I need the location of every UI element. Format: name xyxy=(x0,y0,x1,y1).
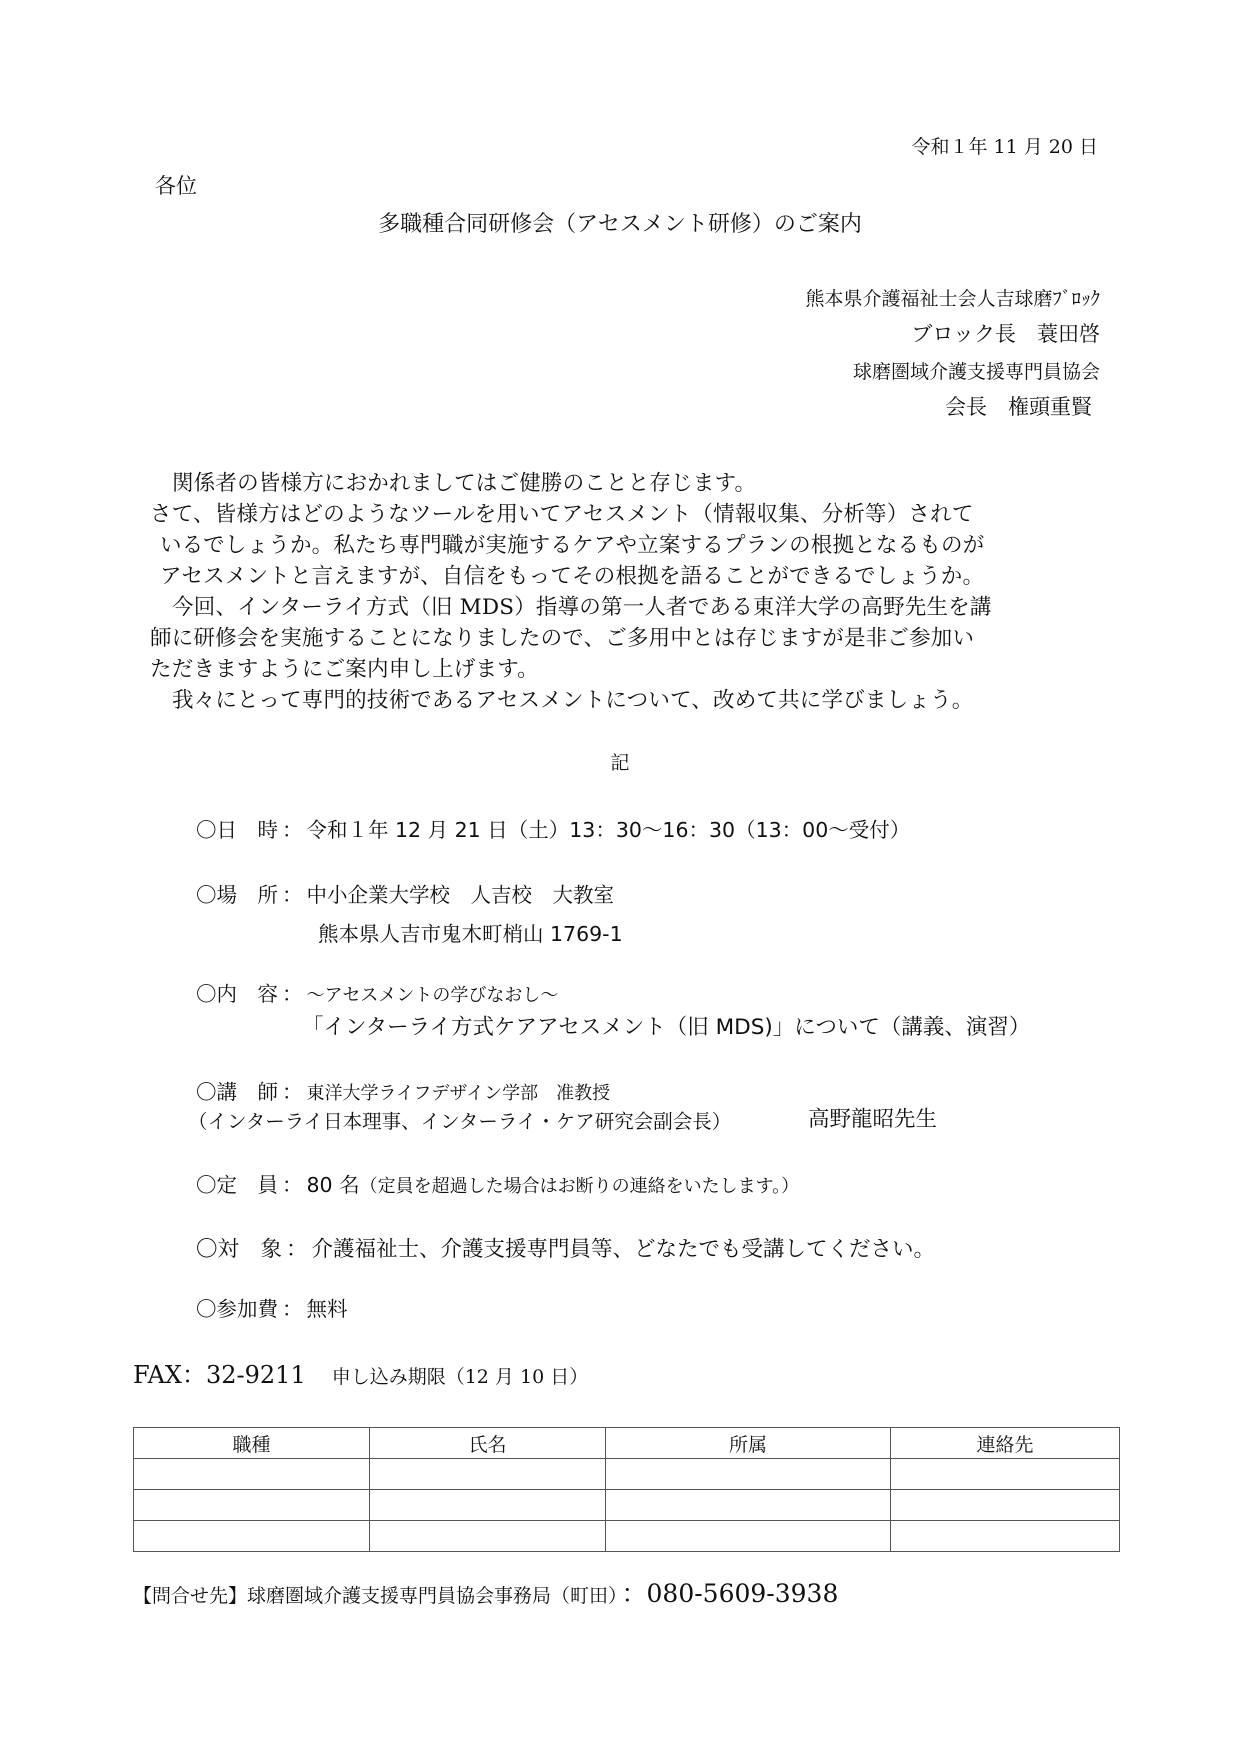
detail-value: 中小企業大学校 人吉校 大教室 xyxy=(307,883,615,907)
detail-lecturer-roles: （インターライ日本理事、インターライ・ケア研究会副会長） xyxy=(188,1106,731,1134)
detail-capacity: 〇定 員：80 名（定員を超過した場合はお断りの連絡をいたします。） xyxy=(196,1168,799,1198)
body-line: アセスメントと言えますが、自信をもってその根拠を語ることができるでしょうか。 xyxy=(160,559,984,590)
table-cell-contact[interactable] xyxy=(891,1490,1120,1521)
colon: ： xyxy=(282,883,303,907)
table-row xyxy=(134,1521,1120,1552)
contact-line: 【問合せ先】球磨圏域介護支援専門員協会事務局（町田）：080-5609-3938 xyxy=(133,1574,838,1610)
sender-name-1: ブロック長 蓑田啓 xyxy=(911,318,1100,348)
sender-name-2: 会長 権頭重賢 xyxy=(945,391,1092,421)
body-line: 我々にとって専門的技術であるアセスメントについて、改めて共に学びましょう。 xyxy=(172,683,973,714)
column-header-affiliation: 所属 xyxy=(606,1428,891,1459)
detail-label: 〇参加費 xyxy=(196,1292,278,1322)
detail-datetime: 〇日 時：令和１年 12 月 21 日（土）13：30～16：30（13：00～… xyxy=(196,813,910,843)
table-cell-occupation[interactable] xyxy=(134,1521,370,1552)
table-cell-name[interactable] xyxy=(370,1490,606,1521)
table-header-row: 職種 氏名 所属 連絡先 xyxy=(134,1428,1120,1459)
contact-label: 【問合せ先】球磨圏域介護支援専門員協会事務局（町田） xyxy=(133,1585,618,1607)
table-cell-affiliation[interactable] xyxy=(606,1490,891,1521)
table-row xyxy=(134,1459,1120,1490)
detail-label: 〇日 時 xyxy=(196,813,278,843)
addressee: 各位 xyxy=(155,170,197,200)
body-line: 今回、インターライ方式（旧 MDS）指導の第一人者である東洋大学の高野先生を講 xyxy=(172,590,992,621)
table-row xyxy=(134,1490,1120,1521)
colon: ： xyxy=(282,1297,303,1321)
table-cell-contact[interactable] xyxy=(891,1521,1120,1552)
body-line: さて、皆様方はどのようなツールを用いてアセスメント（情報収集、分析等）されて xyxy=(150,497,974,528)
table-cell-contact[interactable] xyxy=(891,1459,1120,1490)
table-cell-name[interactable] xyxy=(370,1521,606,1552)
detail-target: 〇対 象：介護福祉士、介護支援専門員等、どなたでも受講してください。 xyxy=(196,1232,935,1263)
detail-label: 〇場 所 xyxy=(196,878,278,908)
column-header-occupation: 職種 xyxy=(134,1428,370,1459)
column-header-name: 氏名 xyxy=(370,1428,606,1459)
detail-lecturer: 〇講 師：東洋大学ライフデザイン学部 准教授 xyxy=(196,1075,610,1105)
table-cell-affiliation[interactable] xyxy=(606,1459,891,1490)
colon: ： xyxy=(282,1173,303,1197)
body-line: 師に研修会を実施することになりましたので、ご多用中とは存じますが是非ご参加い xyxy=(150,621,974,652)
detail-label: 〇内 容 xyxy=(196,977,278,1007)
detail-label: 〇定 員 xyxy=(196,1168,278,1198)
detail-lecturer-name: 高野龍昭先生 xyxy=(808,1102,937,1133)
table-cell-occupation[interactable] xyxy=(134,1490,370,1521)
application-form-table: 職種 氏名 所属 連絡先 xyxy=(133,1427,1120,1552)
contact-phone: ：080-5609-3938 xyxy=(622,1579,839,1608)
application-deadline: 申し込み期限（12 月 10 日） xyxy=(332,1366,588,1388)
table-cell-occupation[interactable] xyxy=(134,1459,370,1490)
body-line: 関係者の皆様方におかれましてはご健勝のことと存じます。 xyxy=(172,466,756,497)
colon: ： xyxy=(286,1237,308,1262)
table-cell-affiliation[interactable] xyxy=(606,1521,891,1552)
detail-label: 〇対 象 xyxy=(196,1232,282,1263)
detail-value: ～アセスメントの学びなおし～ xyxy=(307,985,559,1006)
colon: ： xyxy=(282,1080,303,1104)
detail-place-address: 熊本県人吉市鬼木町梢山 1769-1 xyxy=(318,917,623,947)
ki-heading: 記 xyxy=(0,748,1240,775)
detail-value: 80 名 xyxy=(307,1173,360,1197)
detail-place: 〇場 所：中小企業大学校 人吉校 大教室 xyxy=(196,878,614,908)
colon: ： xyxy=(282,818,303,842)
detail-value: 介護福祉士、介護支援専門員等、どなたでも受講してください。 xyxy=(312,1237,936,1262)
fax-number: FAX：32-9211 xyxy=(133,1361,306,1389)
detail-value: 無料 xyxy=(307,1297,348,1321)
table-cell-name[interactable] xyxy=(370,1459,606,1490)
column-header-contact: 連絡先 xyxy=(891,1428,1120,1459)
detail-value: 東洋大学ライフデザイン学部 准教授 xyxy=(307,1083,611,1104)
colon: ： xyxy=(282,982,303,1006)
detail-fee: 〇参加費：無料 xyxy=(196,1292,348,1322)
document-date: 令和１年 11 月 20 日 xyxy=(911,132,1098,159)
sender-organization-1: 熊本県介護福祉士会人吉球磨ﾌﾞﾛｯｸ xyxy=(805,284,1100,311)
document-title: 多職種合同研修会（アセスメント研修）のご案内 xyxy=(0,207,1240,238)
body-line: いるでしょうか。私たち専門職が実施するケアや立案するプランの根拠となるものが xyxy=(160,528,984,559)
detail-content-topic: 「インターライ方式ケアアセスメント（旧 MDS)」について（講義、演習） xyxy=(302,1010,1030,1041)
detail-value: 令和１年 12 月 21 日（土）13：30～16：30（13：00～受付） xyxy=(307,818,911,842)
body-line: ただきますようにご案内申し上げます。 xyxy=(150,652,539,683)
detail-note: （定員を超過した場合はお断りの連絡をいたします。） xyxy=(360,1176,800,1197)
sender-organization-2: 球磨圏域介護支援専門員協会 xyxy=(853,357,1100,384)
detail-content: 〇内 容：～アセスメントの学びなおし～ xyxy=(196,977,558,1007)
fax-line: FAX：32-9211申し込み期限（12 月 10 日） xyxy=(133,1355,588,1390)
detail-label: 〇講 師 xyxy=(196,1075,278,1105)
